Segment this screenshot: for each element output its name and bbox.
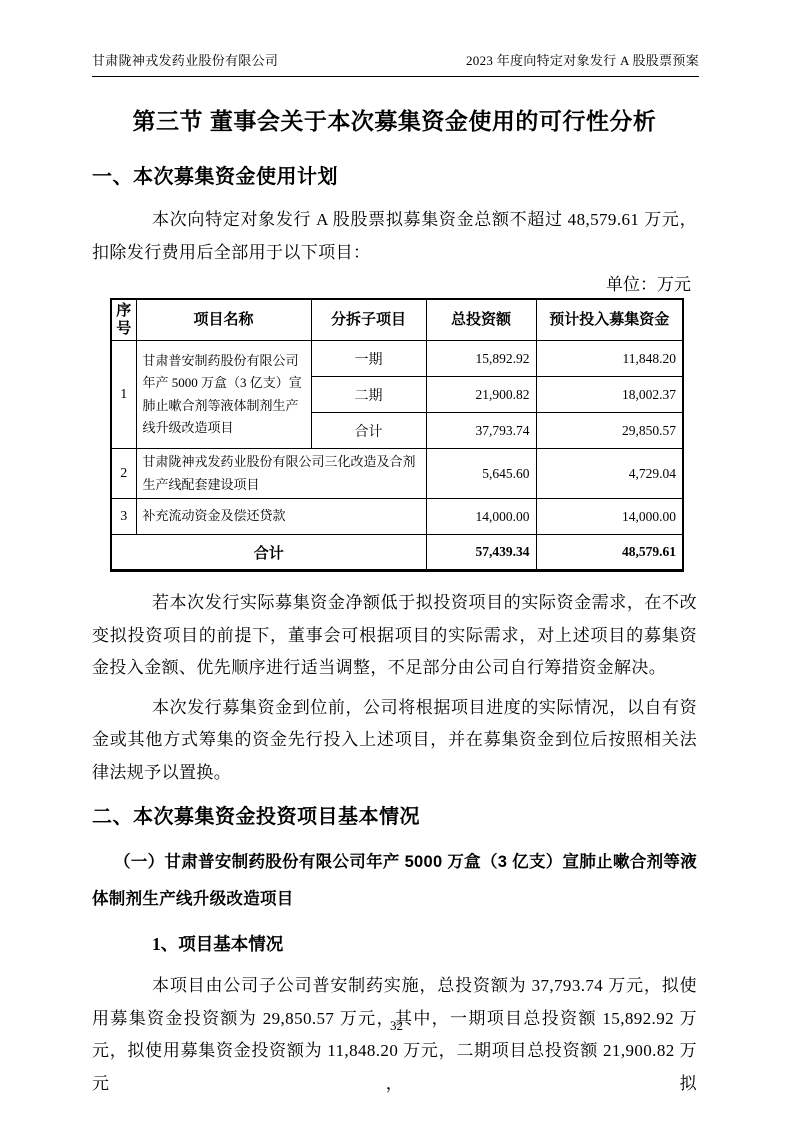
col-header-sub-project: 分拆子项目 — [311, 299, 426, 341]
fund-usage-table: 序号 项目名称 分拆子项目 总投资额 预计投入募集资金 1 甘肃普安制药股份有限… — [110, 298, 684, 572]
project1-seq: 1 — [111, 341, 136, 449]
section-2-paragraph-1: 本项目由公司子公司普安制药实施，总投资额为 37,793.74 万元，拟使用募集… — [92, 970, 697, 1100]
project1-subtotal-total: 37,793.74 — [426, 413, 536, 449]
project2-total: 5,645.60 — [426, 449, 536, 499]
project1-phase1-total: 15,892.92 — [426, 341, 536, 377]
project3-total: 14,000.00 — [426, 499, 536, 535]
section-1-paragraph-3: 本次发行募集资金到位前，公司将根据项目进度的实际情况，以自有资金或其他方式筹集的… — [92, 692, 697, 790]
table-header-row: 序号 项目名称 分拆子项目 总投资额 预计投入募集资金 — [111, 299, 683, 341]
table-row-grand-total: 合计 57,439.34 48,579.61 — [111, 535, 683, 571]
page-header: 甘肃陇神戎发药业股份有限公司 2023 年度向特定对象发行 A 股股票预案 — [92, 0, 699, 77]
project2-name: 甘肃陇神戎发药业股份有限公司三化改造及合剂生产线配套建设项目 — [136, 449, 426, 499]
chapter-title: 第三节 董事会关于本次募集资金使用的可行性分析 — [92, 105, 697, 137]
section-2-heading: 二、本次募集资金投资项目基本情况 — [92, 803, 697, 831]
page-number: 32 — [390, 1018, 403, 1033]
col-header-total-investment: 总投资额 — [426, 299, 536, 341]
section-1-paragraph-2: 若本次发行实际募集资金净额低于拟投资项目的实际资金需求，在不改变拟投资项目的前提… — [92, 587, 697, 685]
project1-subtotal-raised: 29,850.57 — [536, 413, 683, 449]
project1-phase1-raised: 11,848.20 — [536, 341, 683, 377]
section-1-heading: 一、本次募集资金使用计划 — [92, 163, 697, 191]
table-row-project1-phase1: 1 甘肃普安制药股份有限公司年产 5000 万盒（3 亿支）宣肺止嗽合剂等液体制… — [111, 341, 683, 377]
grand-total-investment: 57,439.34 — [426, 535, 536, 571]
header-company-name: 甘肃陇神戎发药业股份有限公司 — [92, 50, 278, 69]
document-page: 甘肃陇神戎发药业股份有限公司 2023 年度向特定对象发行 A 股股票预案 第三… — [0, 0, 793, 1122]
table-row-project2: 2 甘肃陇神戎发药业股份有限公司三化改造及合剂生产线配套建设项目 5,645.6… — [111, 449, 683, 499]
col-header-raised-funds: 预计投入募集资金 — [536, 299, 683, 341]
grand-total-raised: 48,579.61 — [536, 535, 683, 571]
section-2-sub1-item1-heading: 1、项目基本情况 — [152, 931, 697, 957]
page-body: 第三节 董事会关于本次募集资金使用的可行性分析 一、本次募集资金使用计划 本次向… — [92, 78, 697, 1100]
project2-seq: 2 — [111, 449, 136, 499]
page-footer: 32 — [0, 1018, 793, 1034]
col-header-seq: 序号 — [111, 299, 136, 341]
table-row-project3: 3 补充流动资金及偿还贷款 14,000.00 14,000.00 — [111, 499, 683, 535]
project1-name: 甘肃普安制药股份有限公司年产 5000 万盒（3 亿支）宣肺止嗽合剂等液体制剂生… — [136, 341, 311, 449]
project1-phase2-total: 21,900.82 — [426, 377, 536, 413]
section-2-sub1-heading: （一）甘肃普安制药股份有限公司年产 5000 万盒（3 亿支）宣肺止嗽合剂等液体… — [92, 844, 697, 918]
project1-phase2-label: 二期 — [311, 377, 426, 413]
project1-subtotal-label: 合计 — [311, 413, 426, 449]
header-doc-title: 2023 年度向特定对象发行 A 股股票预案 — [466, 50, 699, 69]
project2-raised: 4,729.04 — [536, 449, 683, 499]
col-header-project-name: 项目名称 — [136, 299, 311, 341]
table-unit-note: 单位：万元 — [92, 270, 691, 295]
section-1-paragraph-1: 本次向特定对象发行 A 股股票拟募集资金总额不超过 48,579.61 万元，扣… — [92, 204, 697, 269]
project3-name: 补充流动资金及偿还贷款 — [136, 499, 426, 535]
project1-phase1-label: 一期 — [311, 341, 426, 377]
project3-raised: 14,000.00 — [536, 499, 683, 535]
project3-seq: 3 — [111, 499, 136, 535]
project1-phase2-raised: 18,002.37 — [536, 377, 683, 413]
grand-total-label: 合计 — [111, 535, 426, 571]
